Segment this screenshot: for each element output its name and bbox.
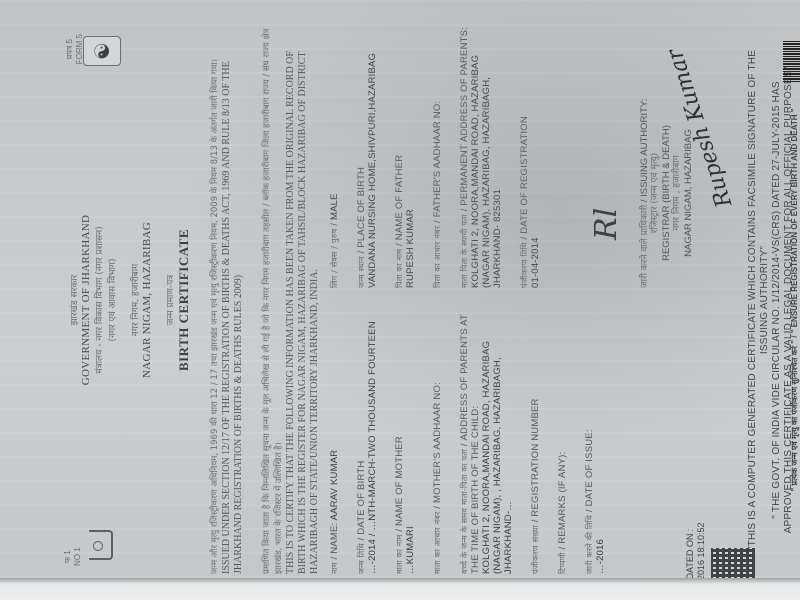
registrar-en: REGISTRAR (BIRTH & DEATH) xyxy=(661,108,672,278)
label-hi: नाम xyxy=(330,562,339,574)
field-remarks: टिप्पणी / REMARKS (IF ANY): xyxy=(557,304,568,574)
issuing-authority-hi: जारी करने वाले प्राधिकारी xyxy=(640,205,650,288)
field-address-at-birth: बच्चे के जन्म के समय माता-पिता का पता / … xyxy=(459,304,514,574)
mother-name-value: …KUMARI xyxy=(405,304,416,574)
field-mother-aadhaar: माता का आधार नंबर / MOTHER'S AADHAAR NO: xyxy=(432,304,443,574)
label-hi: टिप्पणी xyxy=(558,552,567,574)
label-en: DATE OF REGISTRATION xyxy=(519,116,530,234)
label-hi: पिता का आधार नंबर xyxy=(433,226,442,288)
certify-en: THIS IS TO CERTIFY THAT THE FOLLOWING IN… xyxy=(285,26,321,574)
sex-value: MALE xyxy=(329,193,340,220)
field-place-of-birth: जन्म स्थान / PLACE OF BIRTH VANDANA NURS… xyxy=(356,18,378,288)
label-en: NAME OF FATHER xyxy=(394,155,405,241)
label-en: REMARKS (IF ANY): xyxy=(557,452,568,544)
field-name: नाम / NAME: AARAV KUMAR xyxy=(329,304,340,574)
date-of-registration-value: 01-04-2014 xyxy=(530,18,541,288)
label-hi: लिंग / सेक्स / पुरुष xyxy=(330,229,339,288)
issued-under-en: ISSUED UNDER SECTION 12/17 OF THE REGIST… xyxy=(221,26,245,574)
registrar-hi: रजिस्ट्रार (जन्म एवं मृत्यु) xyxy=(650,108,661,278)
certificate-title: BIRTH CERTIFICATE xyxy=(176,0,192,600)
address-at-birth-value: KOLGHATI 2, NOORA,MANDAI ROAD, HAZARIBAG… xyxy=(481,304,514,574)
field-mother-name: माता का नाम / NAME OF MOTHER …KUMARI xyxy=(394,304,416,574)
office-line-hi: नगर निगम , हजारीबाग xyxy=(672,108,683,278)
barcode-icon xyxy=(783,40,800,82)
dept-hi-1: मंत्रालय - नगर विकास विभाग (नगर प्रशासन) xyxy=(92,0,105,600)
date-of-issue-value: …-2016 xyxy=(595,304,606,574)
birth-certificate-page: फ 1 NO 1 प्रपत्र 5 FORM 5 ☯ झारखंड सरकार… xyxy=(0,0,800,600)
govt-en: GOVERNMENT OF JHARKHAND xyxy=(80,0,92,600)
footer-line-1: "THIS IS A COMPUTER GENERATED CERTIFICAT… xyxy=(747,30,771,570)
field-registration-number: पंजीकरण संख्या / REGISTRATION NUMBER xyxy=(530,304,541,574)
field-permanent-address: माता पिता के स्थायी पता / PERMANENT ADDR… xyxy=(459,18,503,288)
label-en: DATE OF ISSUE: xyxy=(584,429,595,506)
certify-paragraph: प्रमाणित किया जाता है कि निम्नलिखित सूचन… xyxy=(261,26,321,574)
field-sex: लिंग / सेक्स / पुरुष / MALE xyxy=(329,18,340,288)
field-father-name: पिता का नाम / NAME OF FATHER RUPESH KUMA… xyxy=(394,18,416,288)
father-name-value: RUPESH KUMAR xyxy=(405,18,416,288)
dob-value: …-2014 / …NTH-MARCH-TWO THOUSAND FOURTEE… xyxy=(367,304,378,574)
label-hi: जन्म तिथि xyxy=(357,543,366,574)
fields-left-column: नाम / NAME: AARAV KUMAR जन्म तिथि / DATE… xyxy=(329,304,622,574)
label-en: PERMANENT ADDRESS OF PARENTS: xyxy=(459,27,470,206)
issued-under-paragraph: जन्म और मृत्यु रजिस्ट्रीकरण अधिनियम, 196… xyxy=(209,26,245,574)
label-hi: माता का नाम xyxy=(395,535,404,575)
label-en: NAME OF MOTHER xyxy=(394,436,405,526)
certify-hi: प्रमाणित किया जाता है कि निम्नलिखित सूचन… xyxy=(261,26,285,574)
child-name-value: AARAV KUMAR xyxy=(329,450,340,521)
field-date-of-registration: पंजीकरण तिथि / DATE OF REGISTRATION 01-0… xyxy=(519,18,541,288)
footer-disclaimer: "THIS IS A COMPUTER GENERATED CERTIFICAT… xyxy=(747,30,795,570)
issued-under-hi: जन्म और मृत्यु रजिस्ट्रीकरण अधिनियम, 196… xyxy=(209,26,221,574)
title-hi: जन्म प्रमाण-पत्र xyxy=(163,0,176,600)
issuing-authority-en: ISSUING AUTHORITY xyxy=(639,101,650,197)
dept-hi-2: (नगर एवं आवास विभाग) xyxy=(105,0,118,600)
label-hi: पंजीकरण तिथि xyxy=(520,242,529,288)
footer-note: " प्रत्येक जन्म एवं मृत्यु का पंजीकरण सु… xyxy=(789,60,800,540)
footer-line-2: " THE GOVT. OF INDIA VIDE CIRCULAR NO. 1… xyxy=(771,30,783,570)
label-hi: जन्म स्थान xyxy=(357,256,366,288)
label-hi: माता पिता के स्थायी पता xyxy=(460,214,469,288)
place-of-birth-value: VANDANA NURSING HOME,SHIVPURI,HAZARIBAG xyxy=(367,18,378,288)
office-hi: नगर निगम, हजारीबाग xyxy=(128,0,141,600)
label-hi: माता का आधार नंबर xyxy=(433,512,442,574)
table-edge xyxy=(0,578,800,600)
label-en: DATE OF BIRTH xyxy=(356,461,367,535)
fields-right-column: लिंग / सेक्स / पुरुष / MALE जन्म स्थान /… xyxy=(329,18,557,288)
field-date-of-issue: जारी करने की तिथि / DATE OF ISSUE: …-201… xyxy=(584,304,606,574)
field-father-aadhaar: पिता का आधार नंबर / FATHER'S AADHAAR NO: xyxy=(432,18,443,288)
label-hi: बच्चे के जन्म के समय माता-पिता का पता xyxy=(460,449,469,574)
label-hi: जारी करने की तिथि xyxy=(585,515,594,574)
permanent-address-value: KOLGHATI 2, NOORA,MANDAI ROAD, HAZARIBAG… xyxy=(470,18,503,288)
header-block: झारखंड सरकार GOVERNMENT OF JHARKHAND मंत… xyxy=(67,0,192,600)
label-en: NAME xyxy=(329,526,340,554)
label-en: PLACE OF BIRTH xyxy=(356,167,367,248)
office-en: NAGAR NIGAM, HAZARIBAG xyxy=(141,0,153,600)
label-en: MOTHER'S AADHAAR NO: xyxy=(432,382,443,503)
registrar-initials-signature: Rl xyxy=(589,180,629,240)
label-en: REGISTRATION NUMBER xyxy=(530,398,541,516)
label-hi: पिता का नाम xyxy=(395,249,404,288)
label-hi: पंजीकरण संख्या xyxy=(531,525,540,574)
govt-hi: झारखंड सरकार xyxy=(67,0,80,600)
field-date-of-birth: जन्म तिथि / DATE OF BIRTH …-2014 / …NTH-… xyxy=(356,304,378,574)
label-en: FATHER'S AADHAAR NO: xyxy=(432,101,443,218)
